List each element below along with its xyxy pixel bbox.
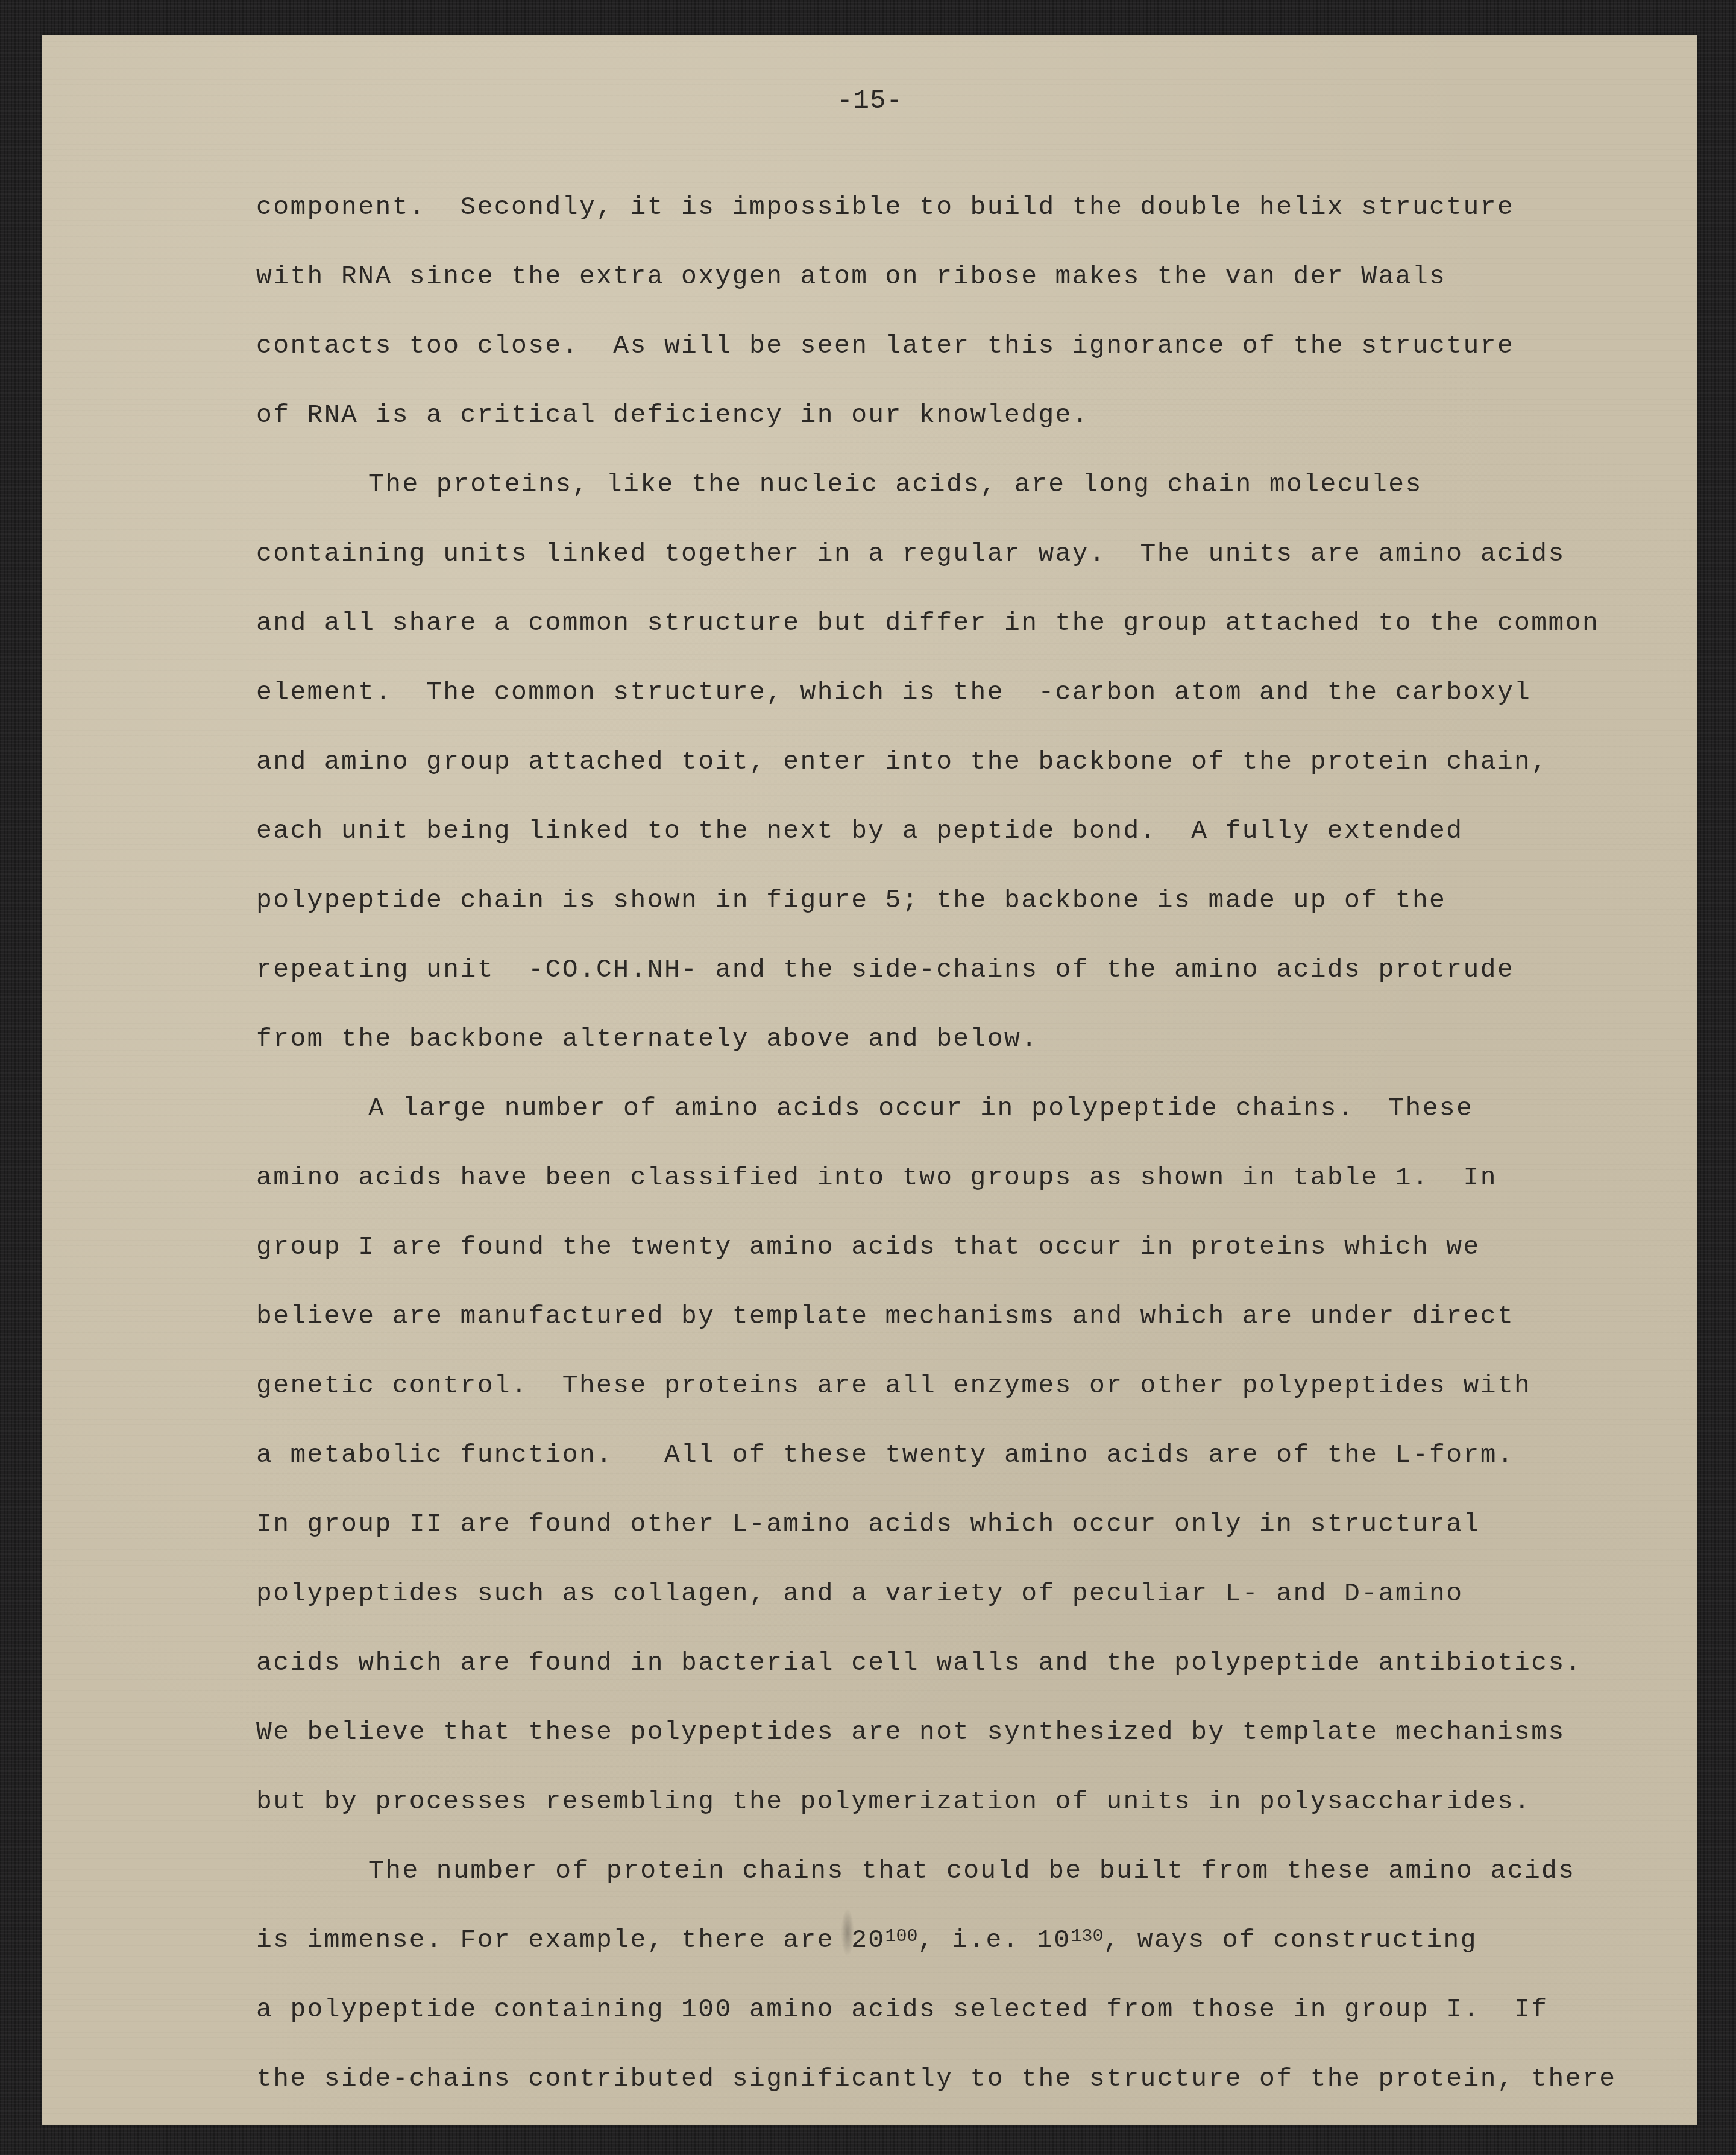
text-line: the side-chains contributed significantl… [256,2044,1703,2113]
text-line: a metabolic function. All of these twent… [256,1420,1703,1490]
text-line: polypeptide chain is shown in figure 5; … [256,866,1703,935]
text-line: with RNA since the extra oxygen atom on … [256,242,1703,311]
text-line: We believe that these polypeptides are n… [256,1697,1703,1767]
text-line: and amino group attached toit, enter int… [256,727,1703,796]
exponent: 130 [1071,1927,1103,1947]
document-page: -15- component. Secondly, it is impossib… [42,35,1697,2125]
text-line: In group II are found other L-amino acid… [256,1490,1703,1559]
formula-mid: , i.e. 10 [918,1925,1071,1955]
text-line: but by processes resembling the polymeri… [256,1767,1703,1836]
formula-line: is immense. For example, there are 20100… [256,1905,1703,1975]
text-line: contacts too close. As will be seen late… [256,311,1703,380]
page-number: -15- [42,86,1697,116]
ink-smudge [841,1908,854,1957]
text-line: believe are manufactured by template mec… [256,1282,1703,1351]
text-line: and all share a common structure but dif… [256,588,1703,658]
text-line: polypeptides such as collagen, and a var… [256,1559,1703,1628]
text-line: acids which are found in bacterial cell … [256,1628,1703,1697]
text-line: containing units linked together in a re… [256,519,1703,588]
text-line: genetic control. These proteins are all … [256,1351,1703,1420]
text-line: component. Secondly, it is impossible to… [256,172,1703,242]
exponent: 100 [885,1927,918,1947]
text-line: repeating unit -CO.CH.NH- and the side-c… [256,935,1703,1004]
text-line: of RNA is a critical deficiency in our k… [256,380,1703,450]
paragraph-first-line: The proteins, like the nucleic acids, ar… [256,450,1703,519]
text-line: group I are found the twenty amino acids… [256,1212,1703,1282]
text-line: element. The common structure, which is … [256,658,1703,727]
paragraph-first-line: The number of protein chains that could … [256,1836,1703,1905]
body-text: component. Secondly, it is impossible to… [256,172,1703,2113]
paragraph-first-line: A large number of amino acids occur in p… [256,1074,1703,1143]
formula-prefix: is immense. For example, there are 20 [256,1925,885,1955]
text-line: each unit being linked to the next by a … [256,796,1703,866]
text-line: a polypeptide containing 100 amino acids… [256,1975,1703,2044]
text-line: from the backbone alternately above and … [256,1004,1703,1074]
text-line: amino acids have been classified into tw… [256,1143,1703,1212]
formula-suffix: , ways of constructing [1103,1925,1477,1955]
